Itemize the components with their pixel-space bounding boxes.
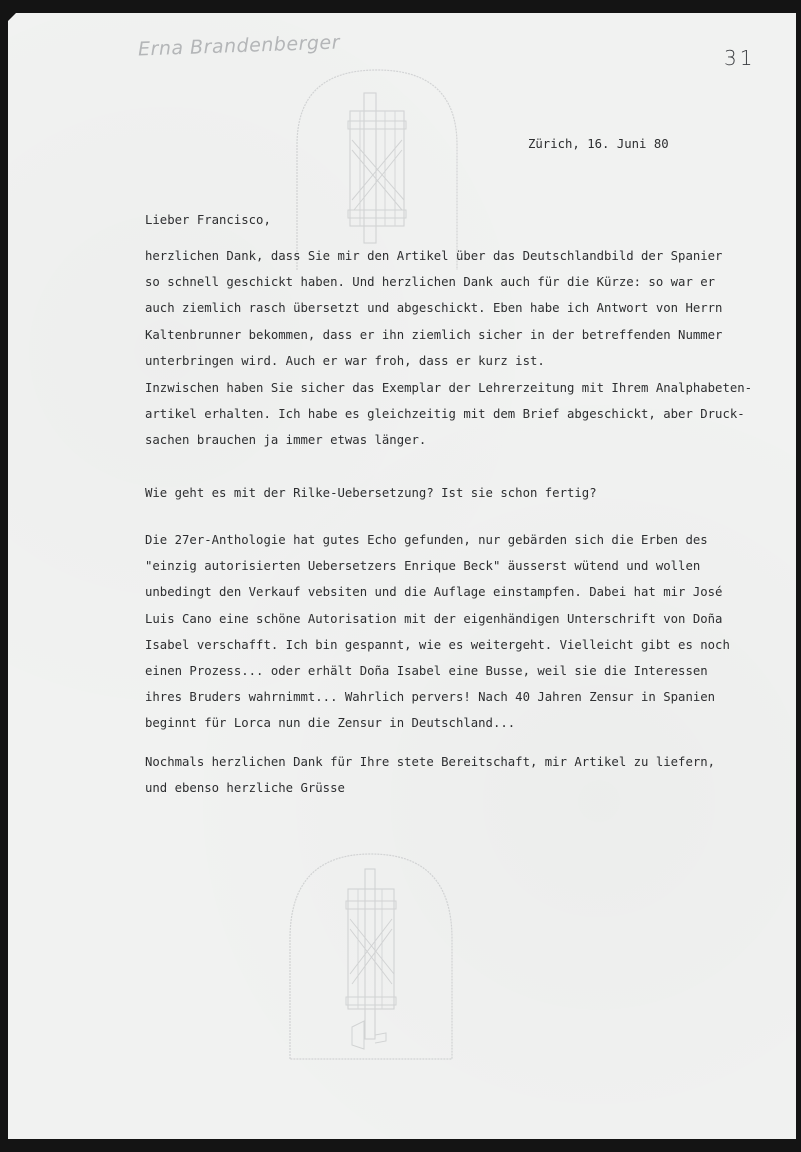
text-line: so schnell geschickt haben. Und herzlich… (145, 269, 715, 295)
text-line: Luis Cano eine schöne Autorisation mit d… (145, 606, 722, 632)
text-line: ihres Bruders wahrnimmt... Wahrlich perv… (145, 684, 715, 710)
text-line: Kaltenbrunner bekommen, dass er ihn ziem… (145, 322, 722, 348)
text-line: auch ziemlich rasch übersetzt und abgesc… (145, 295, 722, 321)
text-line: beginnt für Lorca nun die Zensur in Deut… (145, 710, 515, 736)
letter-sheet: Erna Brandenberger 31 Zürich, 16. Juni 8… (8, 13, 796, 1139)
text-line: Die 27er-Anthologie hat gutes Echo gefun… (145, 527, 708, 553)
text-line: Isabel verschafft. Ich bin gespannt, wie… (145, 632, 730, 658)
author-name-pencil-note: Erna Brandenberger (138, 31, 341, 60)
text-line: herzlichen Dank, dass Sie mir den Artike… (145, 243, 722, 269)
dateline: Zürich, 16. Juni 80 (528, 131, 669, 157)
fasces-watermark-bottom (286, 849, 456, 1064)
text-line: unterbringen wird. Auch er war froh, das… (145, 348, 545, 374)
text-line: sachen brauchen ja immer etwas länger. (145, 427, 426, 453)
text-line: Nochmals herzlichen Dank für Ihre stete … (145, 749, 715, 775)
text-line: und ebenso herzliche Grüsse (145, 775, 345, 801)
text-line: Wie geht es mit der Rilke-Uebersetzung? … (145, 480, 597, 506)
text-line: unbedingt den Verkauf vebsiten und die A… (145, 579, 722, 605)
salutation: Lieber Francisco, (145, 207, 271, 233)
fasces-emblem-icon (286, 849, 456, 1064)
page-number: 31 (724, 46, 755, 70)
text-line: artikel erhalten. Ich habe es gleichzeit… (145, 401, 745, 427)
text-line: Inzwischen haben Sie sicher das Exemplar… (145, 375, 752, 401)
scanned-page: Erna Brandenberger 31 Zürich, 16. Juni 8… (0, 0, 801, 1152)
text-line: einen Prozess... oder erhält Doña Isabel… (145, 658, 708, 684)
text-line: "einzig autorisierten Uebersetzers Enriq… (145, 553, 700, 579)
